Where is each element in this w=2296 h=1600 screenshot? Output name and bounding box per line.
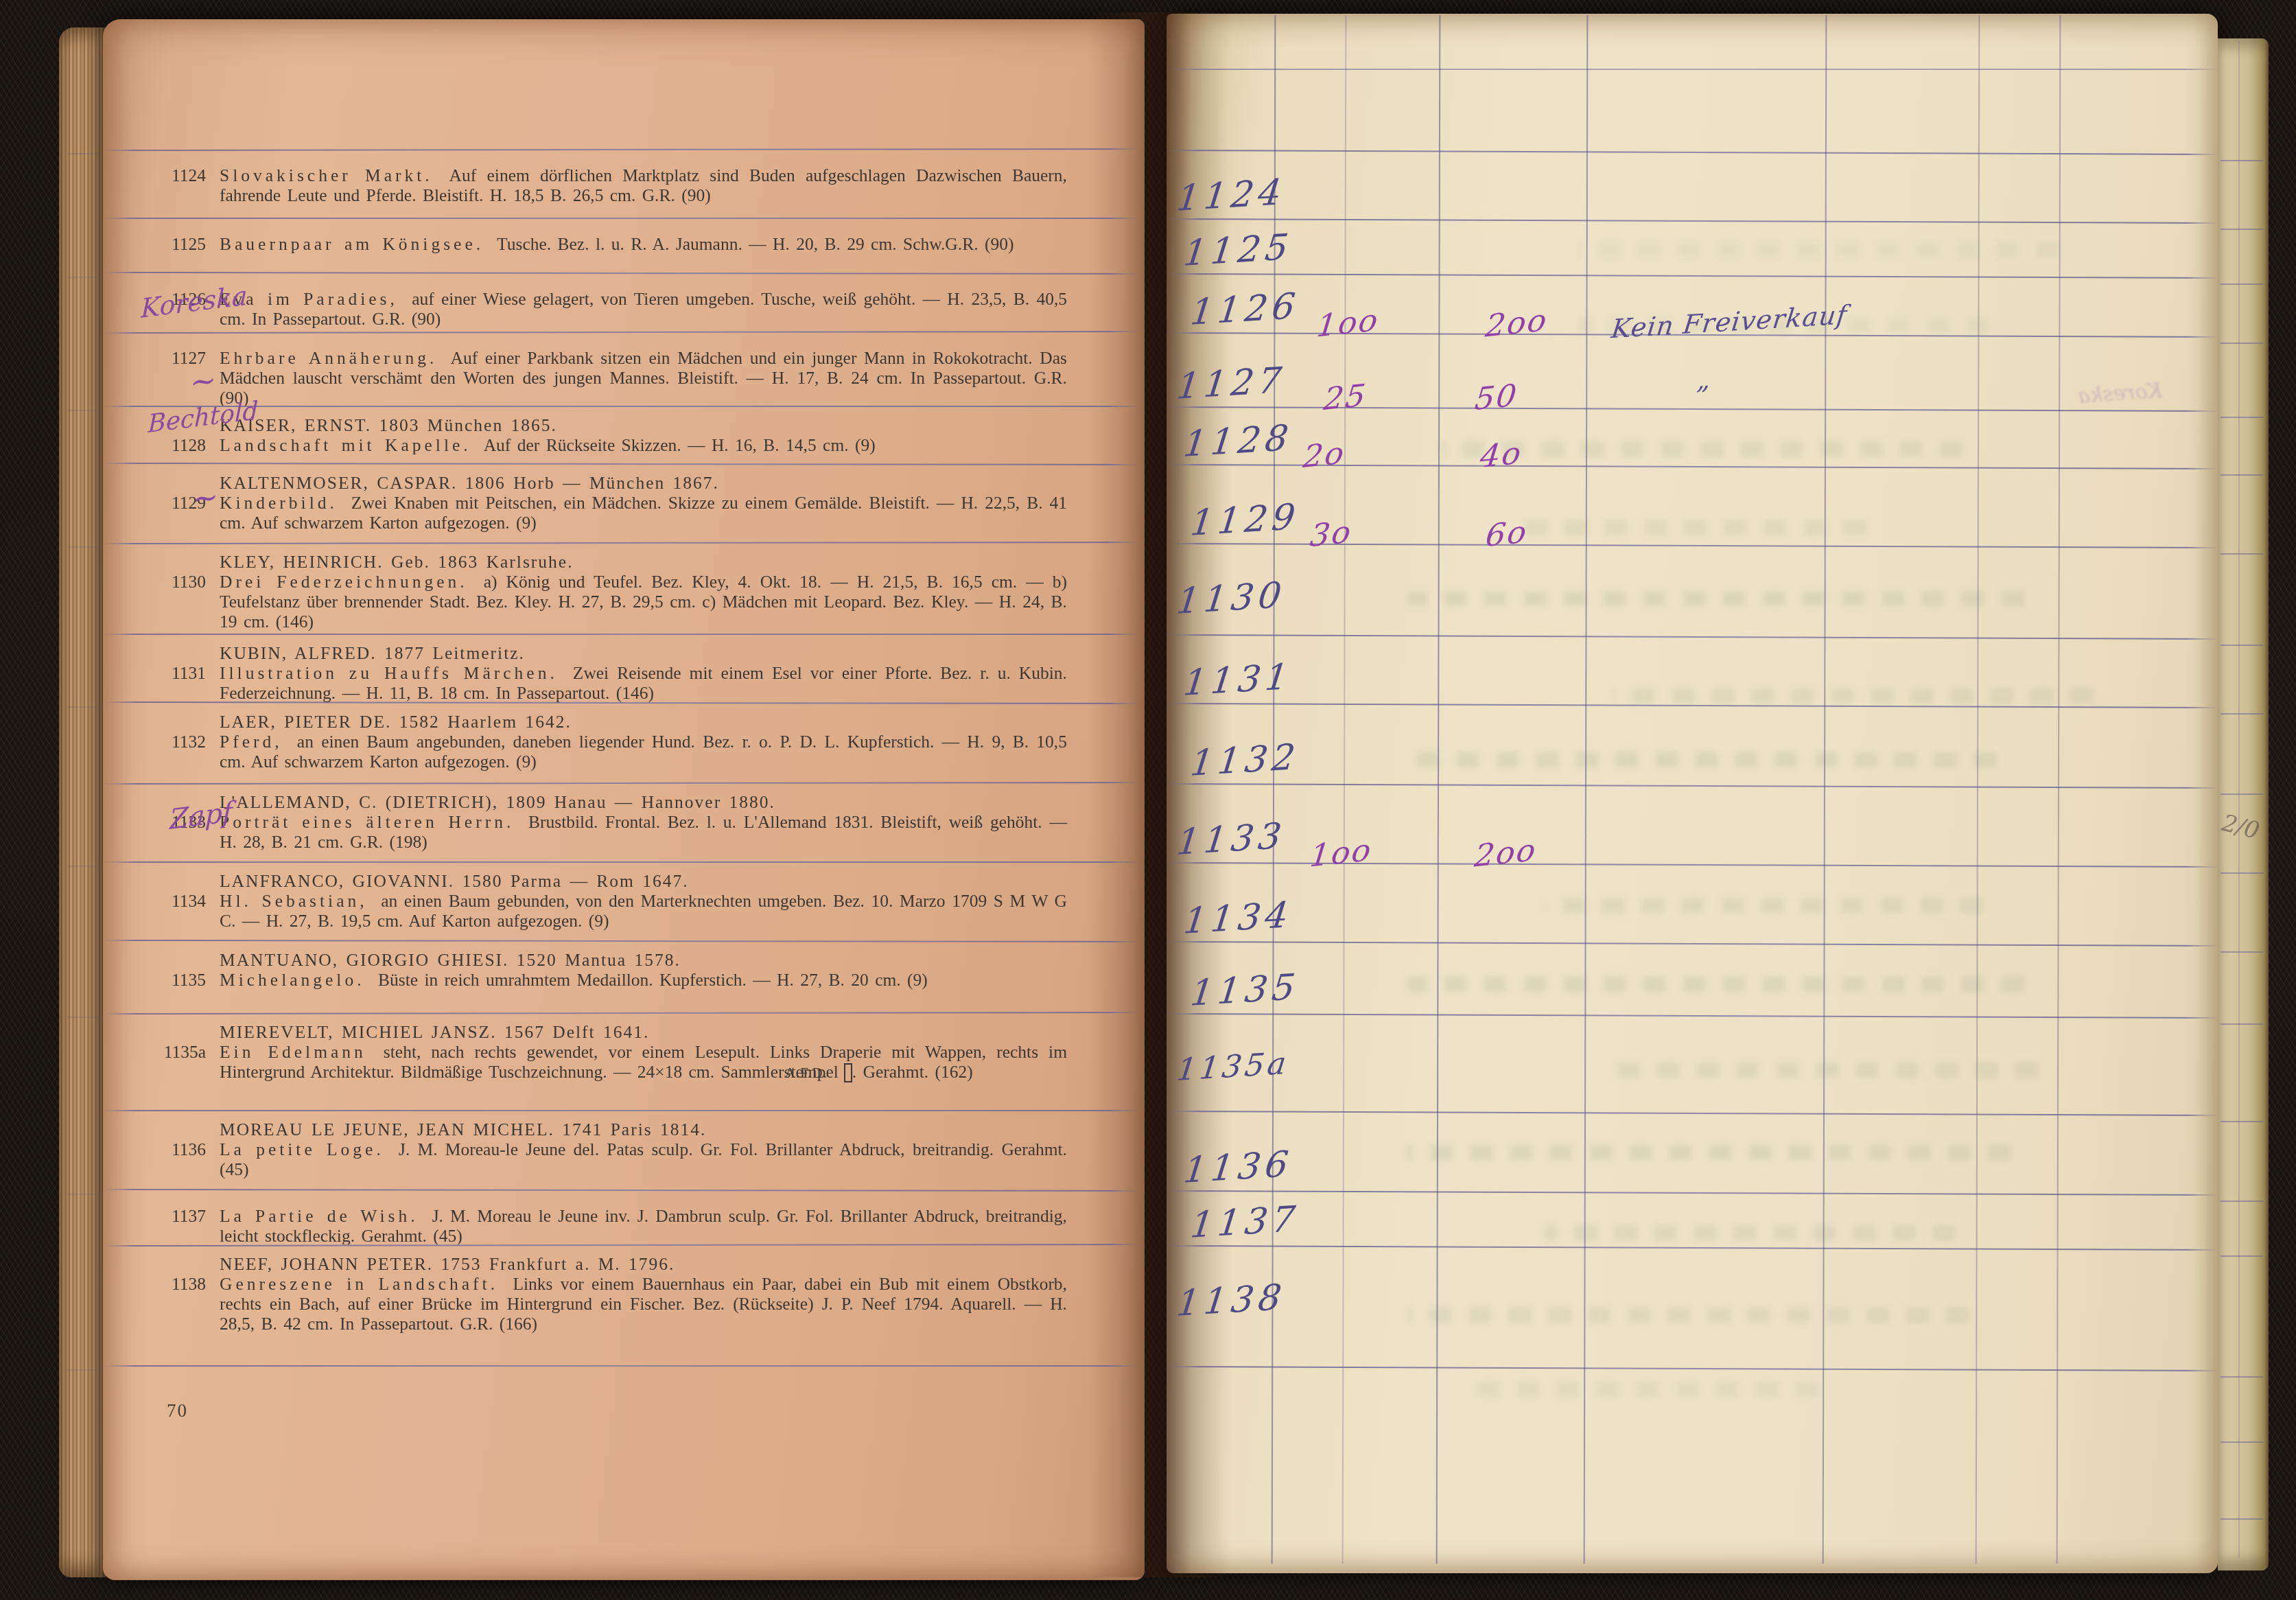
ruling-tick-edge [2221, 645, 2263, 646]
entry-number: 1130 [156, 572, 220, 592]
catalog-entry-1125: 1125Bauernpaar am Königsee. Tusche. Bez.… [103, 218, 1140, 273]
ledger-entry-number: 1125 [1182, 227, 1295, 274]
page-number: 70 [167, 1400, 188, 1422]
marginalia-note: ~ [192, 477, 219, 518]
ledger-row-1131: 1131 [1167, 634, 2218, 702]
entry-body: 1137La Partie de Wish. J. M. Moreau le J… [220, 1206, 1067, 1244]
entry-title: Bauernpaar am Königsee. [220, 234, 491, 254]
entry-body: 1128Landschaft mit Kapelle. Auf der Rück… [220, 435, 1067, 455]
ruling-tick-edge [2221, 713, 2263, 715]
ledger-row-1125: 1125 [1167, 218, 2218, 273]
ruling-tick-stack [67, 277, 100, 278]
ledger-entry-number: 1136 [1182, 1144, 1295, 1191]
entry-title: Landschaft mit Kapelle. [220, 435, 478, 455]
catalog-entry-1128: KAISER, ERNST. 1803 München 1865. 1128La… [103, 406, 1140, 463]
entry-text: Büste in reich umrahmtem Medaillon. Kupf… [372, 970, 928, 990]
ruling-tick-edge [2221, 951, 2263, 953]
ledger-row-1135: 1135 [1167, 940, 2218, 1012]
ledger-entry-number: 1127 [1175, 360, 1288, 407]
ledger-entry-number: 1135 [1188, 966, 1302, 1014]
ruling-tick-edge [2221, 1023, 2263, 1025]
entry-title: La petite Loge. [220, 1139, 391, 1159]
ruling-tick-edge [2221, 1376, 2263, 1378]
ruling-tick-stack [67, 706, 100, 708]
ruling-tick-edge [2221, 553, 2263, 555]
artist-header: KAISER, ERNST. 1803 München 1865. [220, 415, 1067, 435]
entry-body: 1135aEin Edelmann steht, nach rechts gew… [220, 1042, 1067, 1082]
artist-header: L'ALLEMAND, C. (DIETRICH), 1809 Hanau — … [220, 792, 1067, 812]
entry-body: 1135Michelangelo. Büste in reich umrahmt… [220, 970, 1067, 990]
ledger-row-1133: 1133 1oo 2oo [1167, 782, 2218, 861]
ledger-row-1138: 1138 [1167, 1244, 2218, 1365]
ledger-row-1127: 1127 25 50 ” [1167, 332, 2218, 406]
catalog-entry-1135: MANTUANO, GIORGIO GHIESI. 1520 Mantua 15… [103, 940, 1140, 1012]
ruling-tick-edge [2221, 160, 2263, 161]
entry-title: Genreszene in Landschaft. [220, 1274, 505, 1294]
ruling-line-right [1167, 1366, 2218, 1371]
ruling-tick-stack [67, 866, 100, 867]
entry-number: 1131 [156, 663, 220, 683]
entry-title: Drei Federzeichnungen. [220, 572, 475, 592]
ruling-tick-stack [67, 410, 100, 411]
entry-body: 1124Slovakischer Markt. Auf einem dörfli… [220, 165, 1067, 205]
ruling-tick-edge [2221, 872, 2263, 874]
entry-body: 1134Hl. Sebastian, an einen Baum gebunde… [220, 891, 1067, 931]
catalog-entry-1130: KLEY, HEINRICH. Geb. 1863 Karlsruhe. 113… [103, 542, 1140, 634]
ledger-entry-number: 1128 [1182, 417, 1295, 465]
ledger-row-1132: 1132 [1167, 702, 2218, 782]
artist-header: KALTENMOSER, CASPAR. 1806 Horb — München… [220, 473, 1067, 493]
ledger-row-1129: 1129 3o 6o [1167, 463, 2218, 542]
entry-title: Ein Edelmann [220, 1042, 373, 1062]
ledger-entry-number: 1126 [1188, 286, 1302, 333]
entry-body: 1132Pferd, an einen Baum angebunden, dan… [220, 732, 1067, 772]
entry-text: Tusche. Bez. l. u. R. A. Jaumann. — H. 2… [491, 234, 1014, 254]
ruling-tick-edge [2221, 229, 2263, 230]
catalog-entry-1124: 1124Slovakischer Markt. Auf einem dörfli… [103, 149, 1140, 218]
entry-body: 1125Bauernpaar am Königsee. Tusche. Bez.… [220, 234, 1067, 254]
entry-body: 1136La petite Loge. J. M. Moreau-le Jeun… [220, 1139, 1067, 1179]
content-layer: 70 Koreska 2/0 1124Slovakischer Markt. A… [0, 0, 2296, 1600]
book-spread: 70 Koreska 2/0 1124Slovakischer Markt. A… [0, 0, 2296, 1600]
catalog-entry-1127: 1127Ehrbare Annäherung. Auf einer Parkba… [103, 332, 1140, 406]
artist-header: MIEREVELT, MICHIEL JANSZ. 1567 Delft 164… [220, 1022, 1067, 1042]
catalog-entry-1136: MOREAU LE JEUNE, JEAN MICHEL. 1741 Paris… [103, 1110, 1140, 1190]
ruling-tick-edge [2221, 793, 2263, 795]
ledger-row-1130: 1130 [1167, 542, 2218, 634]
ruling-tick-stack [67, 546, 100, 548]
ledger-entry-number: 1131 [1182, 656, 1295, 704]
ruling-tick-edge [2221, 283, 2263, 285]
entry-text-continued: . Gerahmt. (162) [852, 1062, 973, 1082]
entry-body: 1126Eva im Paradies, auf einer Wiese gel… [220, 289, 1067, 329]
ruling-line-left [103, 1365, 1140, 1367]
artist-header: MANTUANO, GIORGIO GHIESI. 1520 Mantua 15… [220, 950, 1067, 970]
entry-title: Ehrbare Annäherung. [220, 348, 444, 368]
catalog-entry-1133: L'ALLEMAND, C. (DIETRICH), 1809 Hanau — … [103, 782, 1140, 861]
artist-header: LAER, PIETER DE. 1582 Haarlem 1642. [220, 712, 1067, 732]
artist-header: MOREAU LE JEUNE, JEAN MICHEL. 1741 Paris… [220, 1120, 1067, 1139]
ledger-entry-number: 1138 [1175, 1277, 1288, 1324]
ledger-entry-number: 1133 [1175, 815, 1288, 863]
catalog-entry-1135a: MIEREVELT, MICHIEL JANSZ. 1567 Delft 164… [103, 1012, 1140, 1110]
entry-text: Auf der Rückseite Skizzen. — H. 16, B. 1… [478, 435, 876, 455]
catalog-entry-1129: KALTENMOSER, CASPAR. 1806 Horb — München… [103, 463, 1140, 542]
ruling-tick-stack [67, 1369, 100, 1371]
ledger-row-1135a: 1135a [1167, 1012, 2218, 1110]
ledger-entry-number: 1137 [1188, 1198, 1302, 1246]
artist-header: KUBIN, ALFRED. 1877 Leitmeritz. [220, 643, 1067, 663]
entry-body: 1131Illustration zu Hauffs Märchen. Zwei… [220, 663, 1067, 702]
entry-text: Zwei Knaben mit Peitschen, ein Mädchen. … [220, 493, 1067, 533]
artist-header: LANFRANCO, GIOVANNI. 1580 Parma — Rom 16… [220, 871, 1067, 891]
marginalia-note: ~ [190, 360, 217, 401]
entry-title: Illustration zu Hauffs Märchen. [220, 663, 565, 683]
collector-stamp: A.F.D. [844, 1063, 852, 1082]
ruling-tick-stack [67, 153, 100, 154]
catalog-entry-1131: KUBIN, ALFRED. 1877 Leitmeritz. 1131Illu… [103, 634, 1140, 702]
ruling-tick-edge [2221, 1255, 2263, 1257]
ledger-entry-number: 1124 [1175, 172, 1288, 219]
entry-title: Kinderbild. [220, 493, 344, 513]
bleedthrough-smudge [1475, 1381, 1818, 1398]
catalog-entry-1132: LAER, PIETER DE. 1582 Haarlem 1642. 1132… [103, 702, 1140, 782]
ruling-tick-edge [2221, 474, 2263, 476]
ledger-row-1136: 1136 [1167, 1110, 2218, 1190]
ledger-column-line [2238, 41, 2240, 1558]
ledger-row-1134: 1134 [1167, 861, 2218, 940]
artist-header: KLEY, HEINRICH. Geb. 1863 Karlsruhe. [220, 552, 1067, 572]
catalog-entry-1138: NEEF, JOHANN PETER. 1753 Frankfurt a. M.… [103, 1244, 1140, 1365]
ruling-tick-edge [2221, 1441, 2263, 1443]
entry-number: 1128 [156, 435, 220, 455]
ledger-entry-number: 1134 [1182, 894, 1295, 942]
ruling-tick-edge [2221, 1121, 2263, 1122]
entry-title: Pferd, [220, 732, 290, 752]
entry-number: 1138 [156, 1274, 220, 1294]
ruling-tick-edge [2221, 1201, 2263, 1202]
entry-body: 1129Kinderbild. Zwei Knaben mit Peitsche… [220, 493, 1067, 533]
entry-body: 1130Drei Federzeichnungen. a) König und … [220, 572, 1067, 631]
catalog-entry-1134: LANFRANCO, GIOVANNI. 1580 Parma — Rom 16… [103, 861, 1140, 940]
edge-pencil-note: 2/0 [2219, 809, 2262, 845]
ledger-entry-number: 1135a [1175, 1045, 1291, 1088]
entry-number: 1132 [156, 732, 220, 752]
entry-title: Hl. Sebastian, [220, 891, 375, 911]
entry-number: 1136 [156, 1139, 220, 1159]
ruling-tick-edge [2221, 1518, 2263, 1520]
entry-number: 1124 [156, 165, 220, 185]
entry-title: Michelangelo. [220, 970, 372, 990]
catalog-entry-1137: 1137La Partie de Wish. J. M. Moreau le J… [103, 1190, 1140, 1244]
ledger-entry-number: 1130 [1175, 575, 1288, 622]
ruling-tick-stack [67, 1017, 100, 1018]
entry-title: Porträt eines älteren Herrn. [220, 812, 521, 832]
ledger-row-1128: 1128 2o 4o [1167, 406, 2218, 463]
entry-body: 1127Ehrbare Annäherung. Auf einer Parkba… [220, 348, 1067, 406]
ledger-row-1124: 1124 [1167, 149, 2218, 218]
entry-title: Slovakischer Markt. [220, 165, 440, 185]
entry-number: 1135 [156, 970, 220, 990]
entry-title: La Partie de Wish. [220, 1206, 425, 1226]
ledger-entry-number: 1132 [1188, 737, 1302, 784]
entry-text: an einen Baum angebunden, daneben liegen… [220, 732, 1067, 772]
ruling-tick-stack [67, 1194, 100, 1195]
ledger-entry-number: 1129 [1188, 496, 1302, 544]
entry-number: 1137 [156, 1206, 220, 1226]
entry-body: 1138Genreszene in Landschaft. Links vor … [220, 1274, 1067, 1334]
entry-number: 1134 [156, 891, 220, 911]
ledger-row-1126: 1126 1oo 2oo Kein Freiverkauf [1167, 273, 2218, 332]
ledger-row-1137: 1137 [1167, 1190, 2218, 1244]
artist-header: NEEF, JOHANN PETER. 1753 Frankfurt a. M.… [220, 1254, 1067, 1274]
ruling-tick-edge [2221, 417, 2263, 418]
ruling-tick-edge [2221, 343, 2263, 344]
entry-body: 1133Porträt eines älteren Herrn. Brustbi… [220, 812, 1067, 852]
entry-number: 1125 [156, 234, 220, 254]
entry-number: 1135a [156, 1042, 220, 1062]
catalog-entry-1126: 1126Eva im Paradies, auf einer Wiese gel… [103, 273, 1140, 332]
